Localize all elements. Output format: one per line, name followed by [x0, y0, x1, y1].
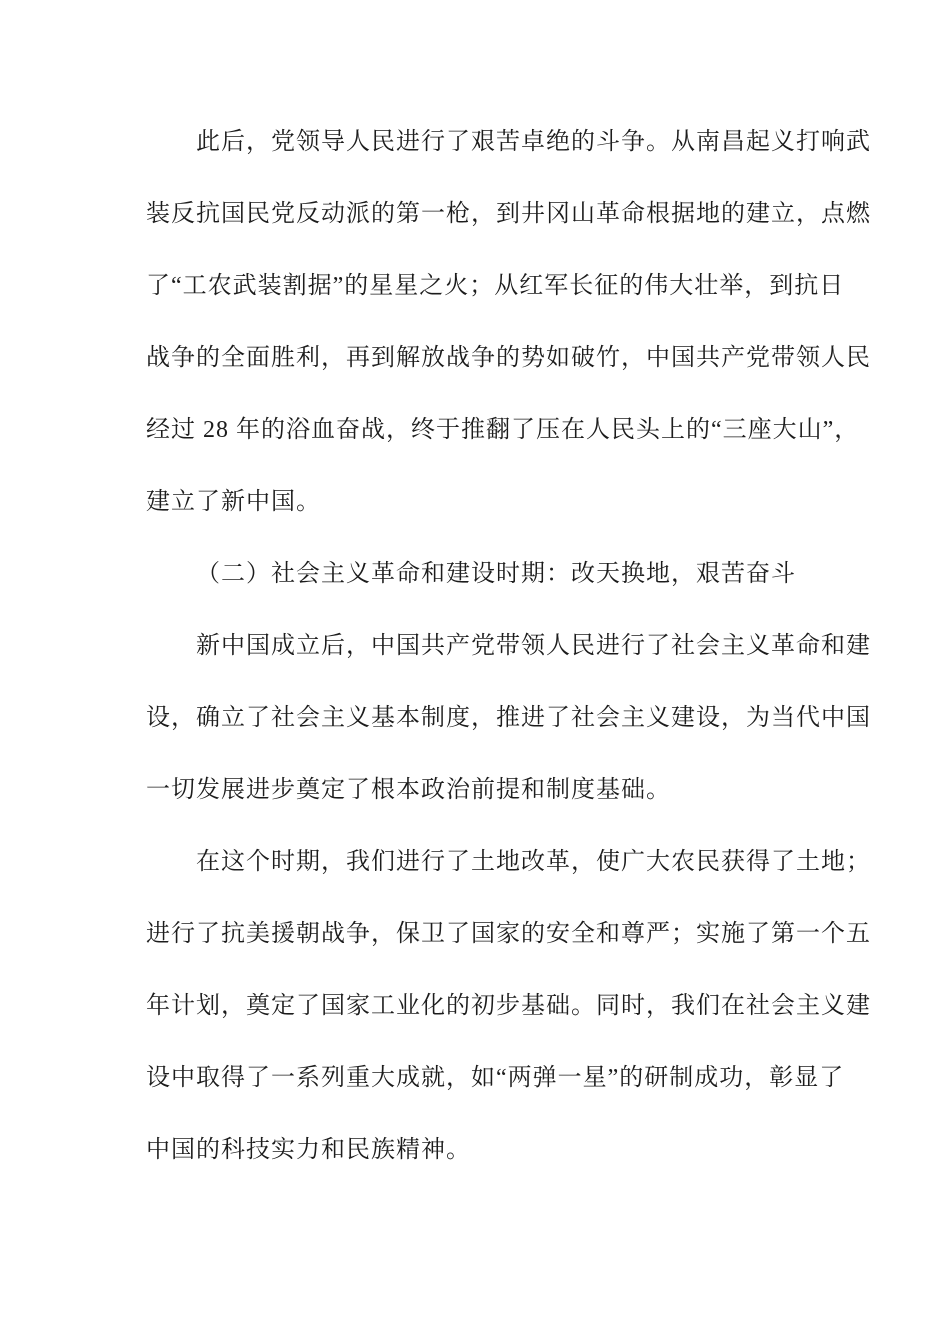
document-line: 进行了抗美援朝战争，保卫了国家的安全和尊严；实施了第一个五 — [146, 898, 880, 970]
document-line: 一切发展进步奠定了根本政治前提和制度基础。 — [146, 754, 880, 826]
document-line: 在这个时期，我们进行了土地改革，使广大农民获得了土地； — [146, 826, 880, 898]
document-page: 此后，党领导人民进行了艰苦卓绝的斗争。从南昌起义打响武 装反抗国民党反动派的第一… — [0, 0, 950, 1344]
document-line: 经过 28 年的浴血奋战，终于推翻了压在人民头上的“三座大山”， — [146, 394, 880, 466]
document-line: 设，确立了社会主义基本制度，推进了社会主义建设，为当代中国 — [146, 682, 880, 754]
document-line: 装反抗国民党反动派的第一枪，到井冈山革命根据地的建立，点燃 — [146, 178, 880, 250]
section-heading: （二）社会主义革命和建设时期：改天换地，艰苦奋斗 — [146, 538, 880, 610]
document-line: 设中取得了一系列重大成就，如“两弹一星”的研制成功，彰显了 — [146, 1042, 880, 1114]
document-line: 建立了新中国。 — [146, 466, 880, 538]
document-line: 中国的科技实力和民族精神。 — [146, 1114, 880, 1186]
document-line: 战争的全面胜利，再到解放战争的势如破竹，中国共产党带领人民 — [146, 322, 880, 394]
document-line: 此后，党领导人民进行了艰苦卓绝的斗争。从南昌起义打响武 — [146, 106, 880, 178]
document-line: 新中国成立后，中国共产党带领人民进行了社会主义革命和建 — [146, 610, 880, 682]
document-line: 了“工农武装割据”的星星之火；从红军长征的伟大壮举，到抗日 — [146, 250, 880, 322]
document-line: 年计划，奠定了国家工业化的初步基础。同时，我们在社会主义建 — [146, 970, 880, 1042]
